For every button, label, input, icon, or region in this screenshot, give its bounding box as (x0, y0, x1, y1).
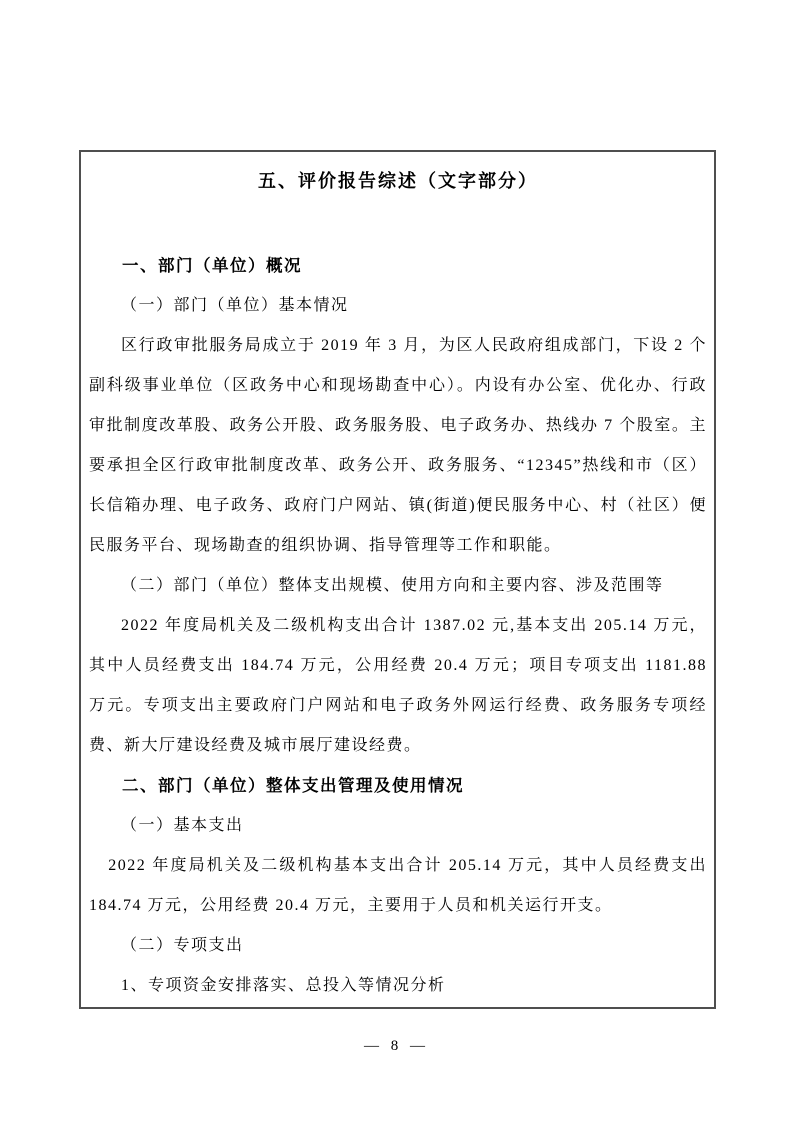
report-section-title: 五、评价报告综述（文字部分） (89, 166, 707, 196)
subheading-special-expenditure: （二）专项支出 (89, 926, 707, 966)
heading-department-overview: 一、部门（单位）概况 (89, 246, 707, 286)
subheading-basic-situation: （一）部门（单位）基本情况 (89, 286, 707, 326)
paragraph-expenditure-totals: 2022 年度局机关及二级机构支出合计 1387.02 元,基本支出 205.1… (89, 606, 707, 766)
page-number: — 8 — (0, 1038, 793, 1055)
paragraph-department-description: 区行政审批服务局成立于 2019 年 3 月，为区人民政府组成部门，下设 2 个… (89, 326, 707, 566)
subheading-special-fund-analysis: 1、专项资金安排落实、总投入等情况分析 (89, 966, 707, 1006)
document-page: 五、评价报告综述（文字部分） 一、部门（单位）概况 （一）部门（单位）基本情况 … (0, 0, 793, 1122)
report-text-border-box: 五、评价报告综述（文字部分） 一、部门（单位）概况 （一）部门（单位）基本情况 … (79, 150, 716, 1009)
heading-expenditure-management: 二、部门（单位）整体支出管理及使用情况 (89, 766, 707, 806)
subheading-overall-expenditure-scope: （二）部门（单位）整体支出规模、使用方向和主要内容、涉及范围等 (89, 566, 707, 606)
paragraph-basic-expenditure-detail: 2022 年度局机关及二级机构基本支出合计 205.14 万元，其中人员经费支出… (89, 846, 707, 926)
subheading-basic-expenditure: （一）基本支出 (89, 806, 707, 846)
